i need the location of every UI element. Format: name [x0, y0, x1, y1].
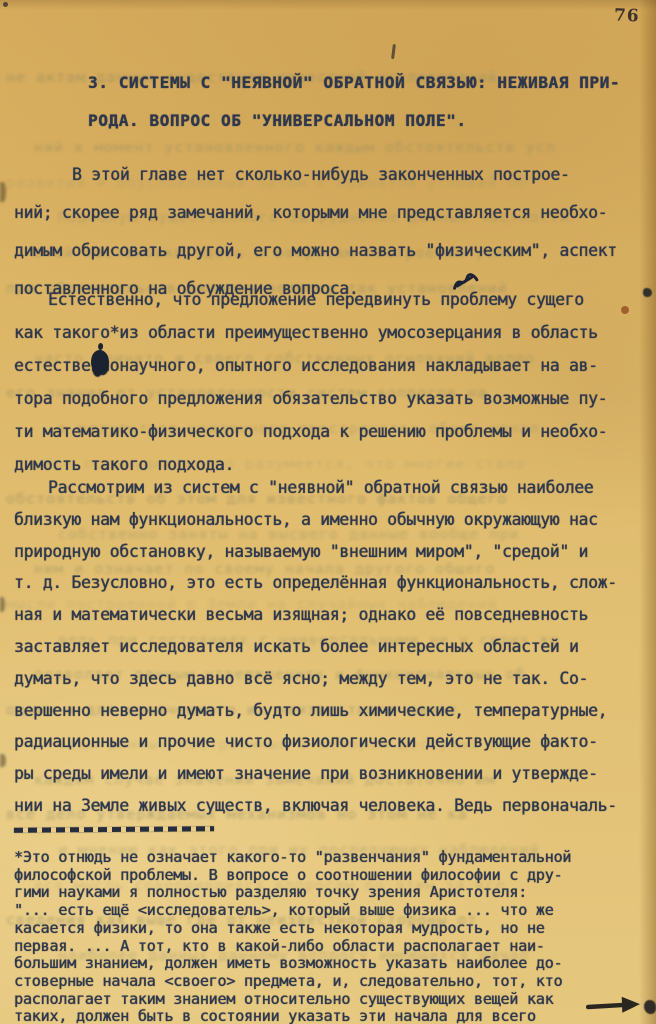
stain-dot	[621, 306, 629, 314]
text-line: димым обрисовать другой, его можно назва…	[14, 232, 654, 270]
footnote-line: гими науками я полностью разделяю точку …	[14, 884, 654, 902]
text-line: как такого*из области преимущественно ум…	[14, 316, 654, 349]
handwritten-arrow-right-icon	[586, 993, 645, 1017]
footnote-line: большим знанием, должен иметь возможност…	[14, 955, 654, 973]
footnote-line: *Это отнюдь не означает какого-то "разве…	[14, 849, 654, 867]
footnote-line: первая. ... А тот, кто в какой-либо обла…	[14, 938, 654, 956]
paragraph-3: Рассмотрим из систем с "неявной" обратно…	[14, 472, 654, 822]
text-line: ний; скорее ряд замечаний, которыми мне …	[14, 194, 654, 232]
text-line: думать, что здесь давно всё ясно; между …	[14, 663, 654, 695]
text-line: Естественно, что предложение передвинуть…	[14, 283, 654, 316]
edge-smudge	[0, 754, 6, 767]
footnote-line: таких, должен быть в состоянии указать э…	[14, 1008, 654, 1024]
footnote-line: располагает таким знанием относительно с…	[14, 991, 654, 1009]
footnote-line: касается физики, то она также есть некот…	[14, 920, 654, 938]
footnote-line: философской проблемы. В вопросе о соотно…	[14, 867, 654, 885]
paper-speck	[644, 1000, 656, 1014]
footnote-line: стоверные начала <своего> предмета, и, с…	[14, 973, 654, 991]
text-line: естественнонаучного, опытного исследован…	[14, 349, 654, 382]
edge-smudge	[0, 597, 5, 612]
text-line: радиационные и прочие чисто физиологичес…	[14, 726, 654, 758]
text-line: вершенно неверно думать, будто лишь хими…	[14, 695, 654, 727]
text-line: т. д. Безусловно, это есть определённая …	[14, 567, 654, 599]
text-line: природную обстановку, называемую "внешни…	[14, 536, 654, 568]
footnote: *Это отнюдь не означает какого-то "разве…	[14, 849, 654, 1024]
pen-stroke-mark	[391, 44, 395, 59]
document-page: не актам данных существует известной исс…	[0, 0, 656, 1024]
text-line: Рассмотрим из систем с "неявной" обратно…	[14, 472, 654, 504]
paper-speck	[3, 2, 8, 7]
paragraph-2: Естественно, что предложение передвинуть…	[14, 283, 654, 481]
edge-smudge	[0, 182, 6, 202]
text-line: нии на Земле живых существ, включая чело…	[14, 790, 654, 822]
paper-speck	[643, 288, 652, 297]
section-heading: 3. СИСТЕМЫ С "НЕЯВНОЙ" ОБРАТНОЙ СВЯЗЬЮ: …	[88, 64, 620, 140]
heading-line: РОДА. ВОПРОС ОБ "УНИВЕРСАЛЬНОМ ПОЛЕ".	[88, 102, 620, 140]
footnote-line: "... есть ещё <исследователь>, который в…	[14, 902, 654, 920]
page-top-shadow	[0, 0, 656, 10]
text-line: заставляет исследователя искать более ин…	[14, 631, 654, 663]
text-line: В этой главе нет сколько-нибудь закончен…	[14, 156, 654, 194]
text-line: ры среды имели и имеют значение при возн…	[14, 758, 654, 790]
handwritten-correction-mark	[451, 271, 481, 294]
page-number: 76	[614, 6, 640, 27]
text-line: тора подобного предложения обязательство…	[14, 382, 654, 415]
text-line: ти математико-физического подхода к реше…	[14, 415, 654, 448]
text-line: ная и математически весьма изящная; одна…	[14, 599, 654, 631]
text-line: близкую нам функциональность, а именно о…	[14, 504, 654, 536]
heading-line: 3. СИСТЕМЫ С "НЕЯВНОЙ" ОБРАТНОЙ СВЯЗЬЮ: …	[88, 64, 620, 102]
